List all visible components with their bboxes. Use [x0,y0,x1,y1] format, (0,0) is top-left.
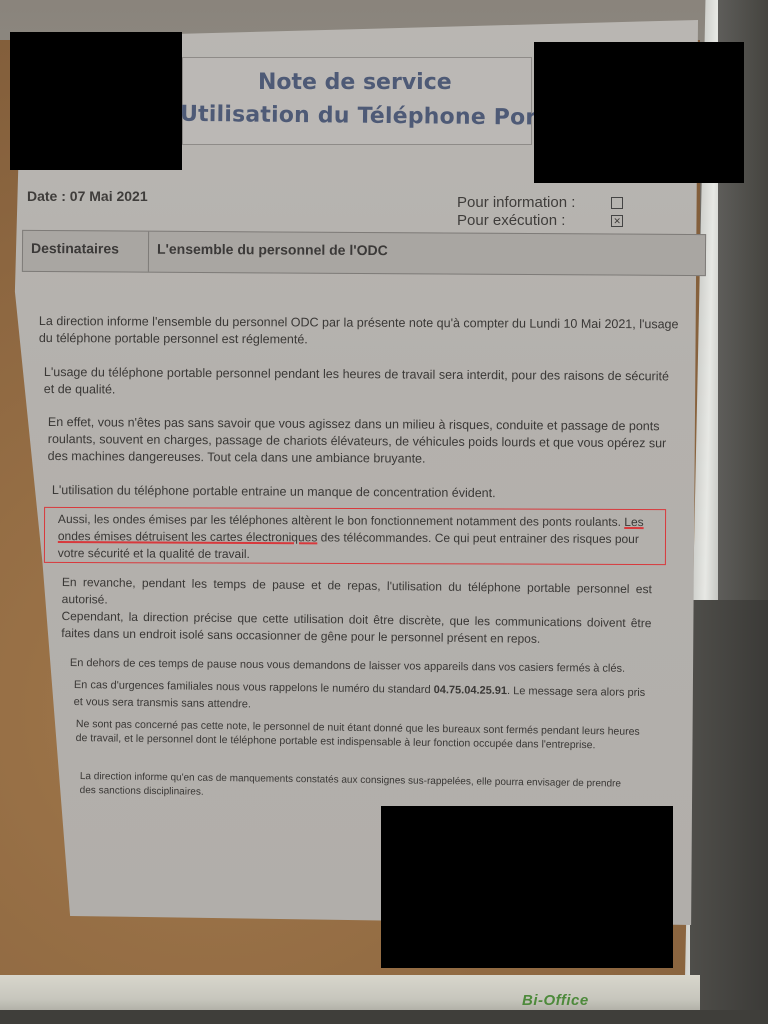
checkbox-info-row: Pour information : [457,194,623,211]
checkbox-info [611,197,623,209]
board-brand-logo: Bi-Office [522,992,589,1009]
checkbox-exec: ✕ [611,215,623,227]
checkbox-info-label: Pour information : [457,194,607,211]
checkbox-exec-label: Pour exécution : [457,212,607,229]
paragraph-intro: La direction informe l'ensemble du perso… [39,313,679,350]
breaks-discretion: Cependant, la direction précise que cett… [61,608,651,649]
paragraph-breaks: En revanche, pendant les temps de pause … [61,574,652,649]
notice-date: Date : 07 Mai 2021 [27,188,148,204]
recipients-label: Destinataires [23,231,149,272]
waves-text-1: Aussi, les ondes émises par les téléphon… [58,512,624,529]
paragraph-risks: En effet, vous n'êtes pas sans savoir qu… [48,414,668,469]
paragraph-prohibition: L'usage du téléphone portable personnel … [44,364,669,402]
emergency-phone: 04.75.04.25.91 [434,684,508,697]
recipients-value: L'ensemble du personnel de l'ODC [149,232,705,275]
floor [0,1010,768,1024]
redaction-box-top-right [534,42,744,183]
wall-right-lower [690,600,768,1024]
paragraph-waves: Aussi, les ondes émises par les téléphon… [58,511,658,565]
emergency-text-1: En cas d'urgences familiales nous vous r… [74,679,434,696]
recipients-table: Destinataires L'ensemble du personnel de… [22,230,706,276]
redaction-box-top-left [10,32,182,170]
redaction-box-bottom [381,806,673,968]
notice-title: Note de service [258,70,452,95]
checkbox-exec-row: Pour exécution : ✕ [457,212,623,229]
board-frame-bottom [0,975,700,1015]
